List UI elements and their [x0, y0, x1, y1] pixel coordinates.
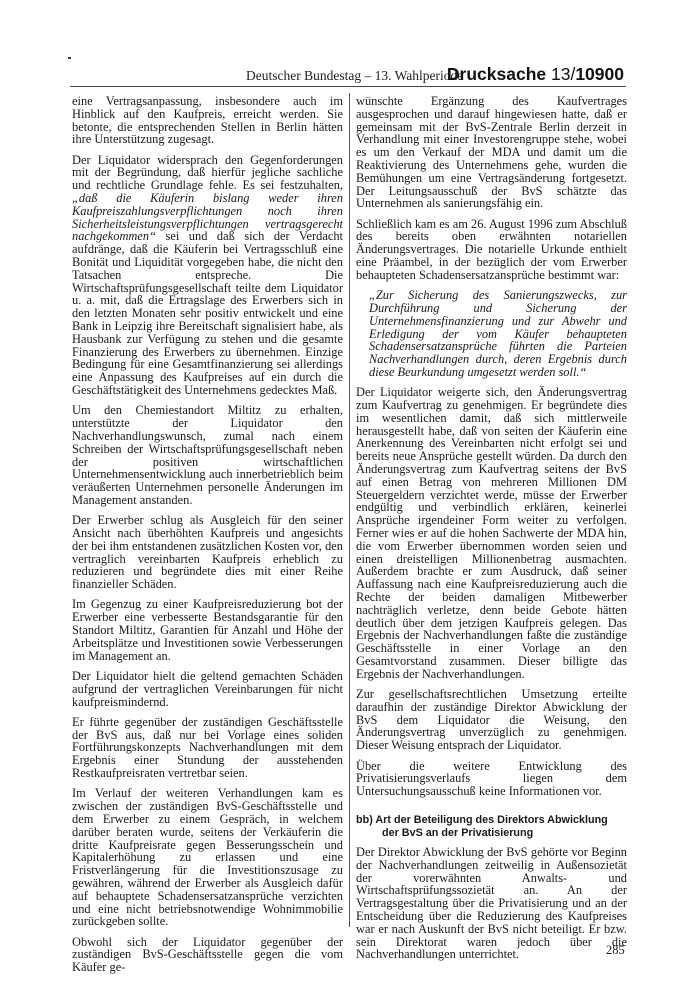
paragraph: Schließlich kam es am 26. August 1996 zu… [356, 218, 627, 282]
paragraph: Um den Chemiestandort Miltitz zu erhalte… [72, 404, 343, 506]
page-header: Deutscher Bundestag – 13. Wahlperiode Dr… [70, 64, 626, 86]
paragraph: Der Liquidator widersprach den Gegenford… [72, 154, 343, 397]
document-label: Drucksache [447, 64, 546, 84]
right-column: wünschte Ergänzung des Kaufvertrages aus… [356, 95, 627, 969]
paragraph: wünschte Ergänzung des Kaufvertrages aus… [356, 95, 627, 210]
column-divider [349, 93, 350, 927]
left-column: eine Vertragsanpassung, insbesondere auc… [72, 95, 343, 982]
paragraph: Im Verlauf der weiteren Verhandlungen ka… [72, 787, 343, 928]
paragraph-text: Der Liquidator widersprach den Gegenford… [72, 153, 343, 193]
paragraph: eine Vertragsanpassung, insbesondere auc… [72, 95, 343, 146]
paragraph: Zur gesellschaftsrechtlichen Umsetzung e… [356, 688, 627, 752]
paragraph: Er führte gegenüber der zuständigen Gesc… [72, 716, 343, 780]
paragraph: Der Direktor Abwicklung der BvS gehörte … [356, 846, 627, 961]
scan-speck [68, 57, 71, 59]
document-number-prefix: 13/ [551, 64, 575, 84]
page-number: 285 [606, 943, 625, 958]
block-quote: „Zur Sicherung des Sanierungszwecks, zur… [369, 289, 627, 379]
document-number: Drucksache 13/10900 [447, 64, 624, 85]
paragraph: Der Erwerber schlug als Ausgleich für de… [72, 514, 343, 591]
section-heading: bb) Art der Beteiligung des Direktors Ab… [356, 814, 627, 840]
paragraph: Der Liquidator hielt die geltend gemacht… [72, 670, 343, 708]
document-number-suffix: 10900 [575, 64, 624, 84]
header-rule [70, 86, 626, 87]
paragraph: Über die weitere Entwicklung des Privati… [356, 760, 627, 798]
publication-title: Deutscher Bundestag – 13. Wahlperiode [246, 68, 463, 84]
paragraph: Der Liquidator weigerte sich, den Änderu… [356, 386, 627, 680]
paragraph: Im Gegenzug zu einer Kaufpreisreduzierun… [72, 598, 343, 662]
paragraph: Obwohl sich der Liquidator gegenüber der… [72, 936, 343, 974]
paragraph-text: sei und daß sich der Verdacht aufdränge,… [72, 229, 343, 397]
